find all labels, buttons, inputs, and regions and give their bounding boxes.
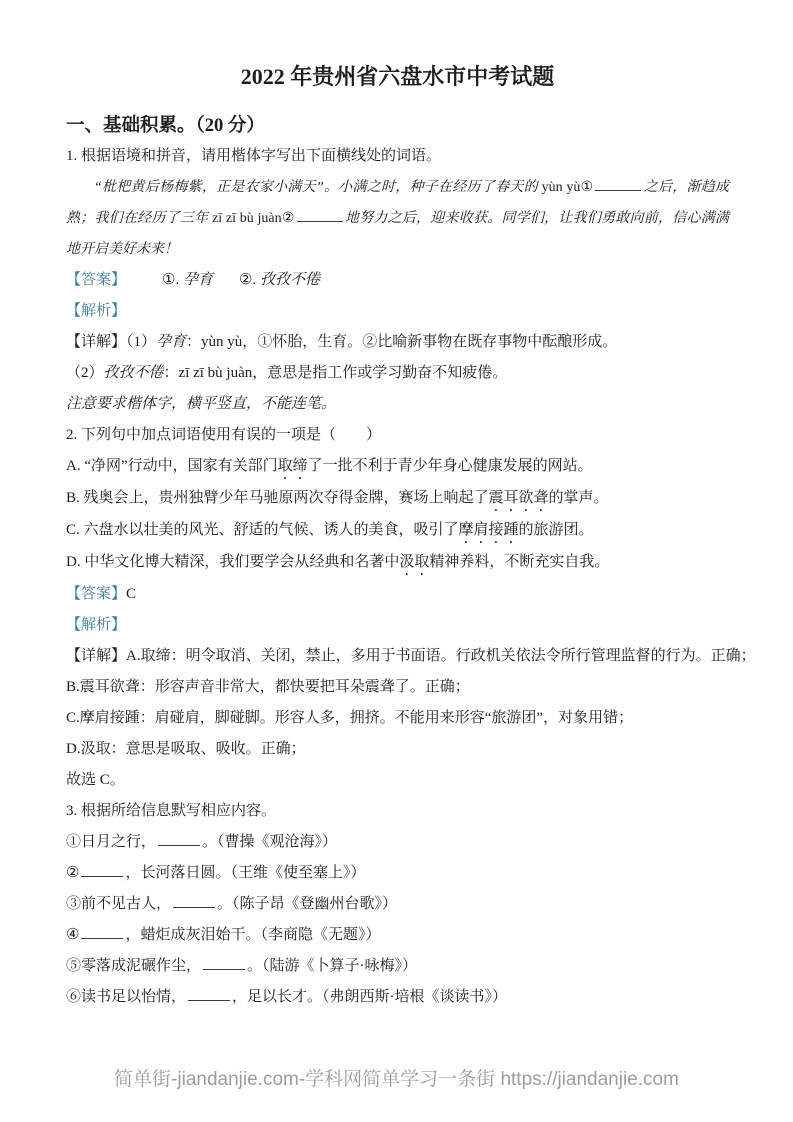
answer-item-number: ②. xyxy=(239,272,256,288)
q2-detail-line-c: C.摩肩接踵：肩碰肩，脚碰脚。形容人多，拥挤。不能用来形容“旅游团”，对象用错； xyxy=(66,703,729,734)
option-text: D. 中华文化博大精深，我们要学会从经典和名著中 xyxy=(66,554,399,570)
q1-passage: “枇杷黄后杨梅紫，正是农家小满天”。小满之时，种子在经历了春天的 yùn yù①… xyxy=(66,172,729,265)
recitation-source: 。（曹操《观沧海》） xyxy=(202,834,337,850)
blank-underline xyxy=(595,177,641,191)
q2-analysis-line: 【解析】 xyxy=(66,610,729,641)
section-heading: 一、基础积累。（20 分） xyxy=(66,111,729,141)
blank-underline xyxy=(173,894,215,908)
q3-item-6: ⑥读书足以怡情，，足以长才。（弗朗西斯·培根《谈读书》） xyxy=(66,982,729,1013)
recitation-source: 。（陈子昂《登幽州台歌》） xyxy=(217,896,397,912)
q1-prompt: 1. 根据语境和拼音，请用楷体字写出下面横线处的词语。 xyxy=(66,141,729,172)
q3-item-2: ②，长河落日圆。（王维《使至塞上》） xyxy=(66,858,729,889)
q2-option-c: C. 六盘水以壮美的风光、舒适的气候、诱人的美食，吸引了摩肩接踵的旅游团。 xyxy=(66,515,729,547)
recitation-text: ③前不见古人， xyxy=(66,896,171,912)
q2-detail-line-d: D.汲取：意思是吸取、吸收。正确； xyxy=(66,734,729,765)
q2-prompt: 2. 下列句中加点词语使用有误的一项是（ ） xyxy=(66,420,729,451)
q3-item-5: ⑤零落成泥碾作尘，。（陆游《卜算子·咏梅》） xyxy=(66,951,729,982)
q1-answer-line: 【答案】①. 孕育②. 孜孜不倦 xyxy=(66,265,729,296)
option-text: 的掌声。 xyxy=(549,490,609,506)
detail-text: ：yùn yù，①怀胎，生育。②比喻新事物在既存事物中酝酿形成。 xyxy=(186,334,617,350)
detail-text: ：zī zī bù juàn，意思是指工作或学习勤奋不知疲倦。 xyxy=(164,365,508,381)
detail-label: 【详解】 xyxy=(66,334,126,350)
q2-option-d: D. 中华文化博大精深，我们要学会从经典和名著中汲取精神养料，不断充实自我。 xyxy=(66,547,729,579)
option-text: A. “净网”行动中，国家有关部门 xyxy=(66,458,278,474)
q3-item-1: ①日月之行，。（曹操《观沧海》） xyxy=(66,827,729,858)
blank-underline xyxy=(81,863,123,877)
q1-detail-line-1: 【详解】（1）孕育：yùn yù，①怀胎，生育。②比喻新事物在既存事物中酝酿形成… xyxy=(66,327,729,358)
option-text: B. 残奥会上，贵州独臂少年马驰原两次夺得金牌，赛场上响起了 xyxy=(66,490,489,506)
detail-word: 孕育 xyxy=(156,334,186,350)
q2-detail-line-a: 【详解】A.取缔：明令取消、关闭，禁止，多用于书面语。行政机关依法令所行管理监督… xyxy=(66,641,729,672)
passage-text: “枇杷黄后杨梅紫，正是农家小满天”。小满之时，种子在经历了春天的 xyxy=(94,180,542,195)
analysis-label: 【解析】 xyxy=(66,617,126,633)
q2-option-a: A. “净网”行动中，国家有关部门取缔了一批不利于青少年身心健康发展的网站。 xyxy=(66,451,729,483)
recitation-text: ④ xyxy=(66,927,79,943)
q2-option-b: B. 残奥会上，贵州独臂少年马驰原两次夺得金牌，赛场上响起了震耳欲聋的掌声。 xyxy=(66,483,729,515)
detail-text: （1） xyxy=(126,334,156,350)
q2-answer-line: 【答案】C xyxy=(66,579,729,610)
blank-underline xyxy=(81,925,123,939)
exam-document-page: 2022 年贵州省六盘水市中考试题 一、基础积累。（20 分） 1. 根据语境和… xyxy=(0,0,793,1122)
answer-label: 【答案】 xyxy=(66,272,126,288)
option-text: 的旅游团。 xyxy=(519,522,594,538)
blank-underline xyxy=(203,956,245,970)
detail-text: （2） xyxy=(66,365,104,381)
recitation-text: ⑤零落成泥碾作尘， xyxy=(66,958,201,974)
recitation-text: ② xyxy=(66,865,79,881)
detail-word: 孜孜不倦 xyxy=(104,365,164,381)
option-text: 了一批不利于青少年身心健康发展的网站。 xyxy=(308,458,593,474)
emphasized-word: 摩肩接踵 xyxy=(459,522,519,538)
q3-prompt: 3. 根据所给信息默写相应内容。 xyxy=(66,796,729,827)
answer-word: 孜孜不倦 xyxy=(260,272,320,288)
detail-text: A.取缔：明令取消、关闭，禁止，多用于书面语。行政机关依法令所行管理监督的行为。… xyxy=(126,648,756,664)
analysis-label: 【解析】 xyxy=(66,303,126,319)
emphasized-word: 震耳欲聋 xyxy=(489,490,549,506)
answer-word: 孕育 xyxy=(183,272,213,288)
blank-underline xyxy=(158,832,200,846)
q1-detail-line-2: （2）孜孜不倦：zī zī bù juàn，意思是指工作或学习勤奋不知疲倦。 xyxy=(66,358,729,389)
pinyin-blank-1: yùn yù① xyxy=(542,180,594,195)
q3-item-3: ③前不见古人，。（陈子昂《登幽州台歌》） xyxy=(66,889,729,920)
recitation-source: ，长河落日圆。（王维《使至塞上》） xyxy=(125,865,365,881)
recitation-source: 。（陆游《卜算子·咏梅》） xyxy=(247,958,417,974)
blank-underline xyxy=(188,987,230,1001)
answer-item-number: ①. xyxy=(162,272,179,288)
document-content: 2022 年贵州省六盘水市中考试题 一、基础积累。（20 分） 1. 根据语境和… xyxy=(0,0,793,1013)
recitation-source: ，足以长才。（弗朗西斯·培根《谈读书》） xyxy=(232,989,507,1005)
answer-choice: C xyxy=(126,586,136,602)
answer-label: 【答案】 xyxy=(66,586,126,602)
recitation-source: ，蜡炬成灰泪始干。（李商隐《无题》） xyxy=(125,927,380,943)
q2-conclusion: 故选 C。 xyxy=(66,765,729,796)
footer-watermark: 简单街-jiandanjie.com-学科网简单学习一条街 https://ji… xyxy=(0,1066,793,1094)
recitation-text: ①日月之行， xyxy=(66,834,156,850)
q2-detail-line-b: B.震耳欲聋：形容声音非常大，都快要把耳朵震聋了。正确； xyxy=(66,672,729,703)
option-text: 精神养料，不断充实自我。 xyxy=(429,554,609,570)
q1-detail-note: 注意要求楷体字，横平竖直，不能连笔。 xyxy=(66,389,729,420)
blank-underline xyxy=(297,208,343,222)
option-text: C. 六盘水以壮美的风光、舒适的气候、诱人的美食，吸引了 xyxy=(66,522,459,538)
q1-analysis-line: 【解析】 xyxy=(66,296,729,327)
q3-item-4: ④，蜡炬成灰泪始干。（李商隐《无题》） xyxy=(66,920,729,951)
page-title: 2022 年贵州省六盘水市中考试题 xyxy=(66,60,729,94)
detail-label: 【详解】 xyxy=(66,648,126,664)
emphasized-word: 取缔 xyxy=(278,458,308,474)
emphasized-word: 汲取 xyxy=(399,554,429,570)
recitation-text: ⑥读书足以怡情， xyxy=(66,989,186,1005)
pinyin-blank-2: zī zī bù juàn② xyxy=(212,211,295,226)
